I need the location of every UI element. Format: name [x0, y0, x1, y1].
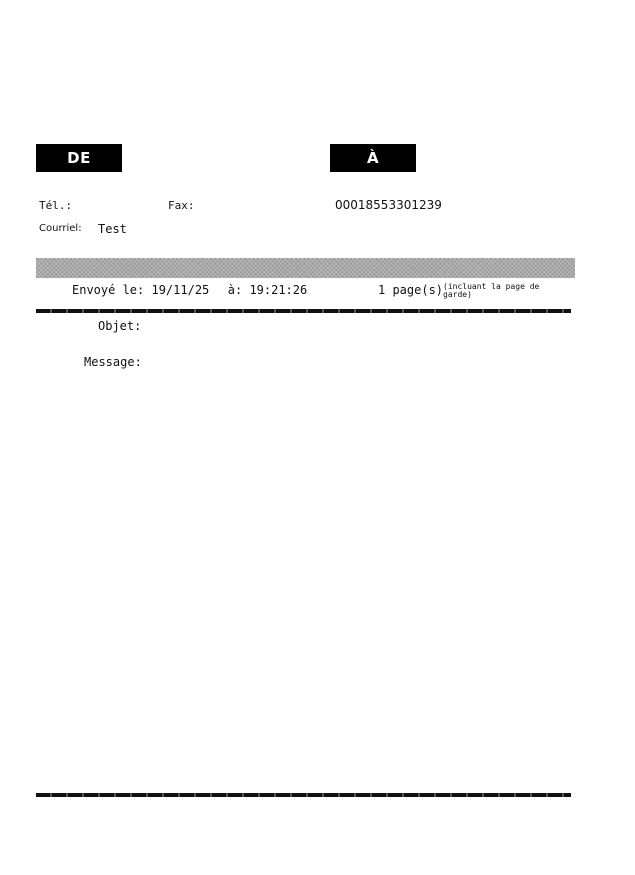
pages-count: 1 page(s): [378, 283, 443, 297]
to-header-label: À: [367, 149, 379, 167]
footer-divider: [36, 793, 571, 797]
sent-date: 19/11/25: [151, 283, 209, 297]
pages-note: (incluant la page de garde): [443, 283, 558, 299]
header-band: [36, 258, 575, 278]
sent-date-row: Envoyé le: 19/11/25 à: 19:21:26: [72, 283, 307, 297]
recipient-fax-number: 00018553301239: [335, 198, 442, 212]
to-header-box: À: [330, 144, 416, 172]
sender-fax-label: Fax:: [168, 199, 195, 212]
from-header-box: DE: [36, 144, 122, 172]
sender-email-value: Test: [98, 222, 127, 236]
subject-label: Objet:: [98, 319, 141, 333]
sender-email-label: Courriel:: [39, 223, 82, 234]
sent-label: Envoyé le:: [72, 283, 144, 297]
message-label: Message:: [84, 355, 142, 369]
sender-phone-label: Tél.:: [39, 199, 72, 212]
from-header-label: DE: [67, 149, 91, 167]
time-label: à:: [228, 283, 242, 297]
sent-time: 19:21:26: [249, 283, 307, 297]
section-divider: [36, 309, 571, 313]
